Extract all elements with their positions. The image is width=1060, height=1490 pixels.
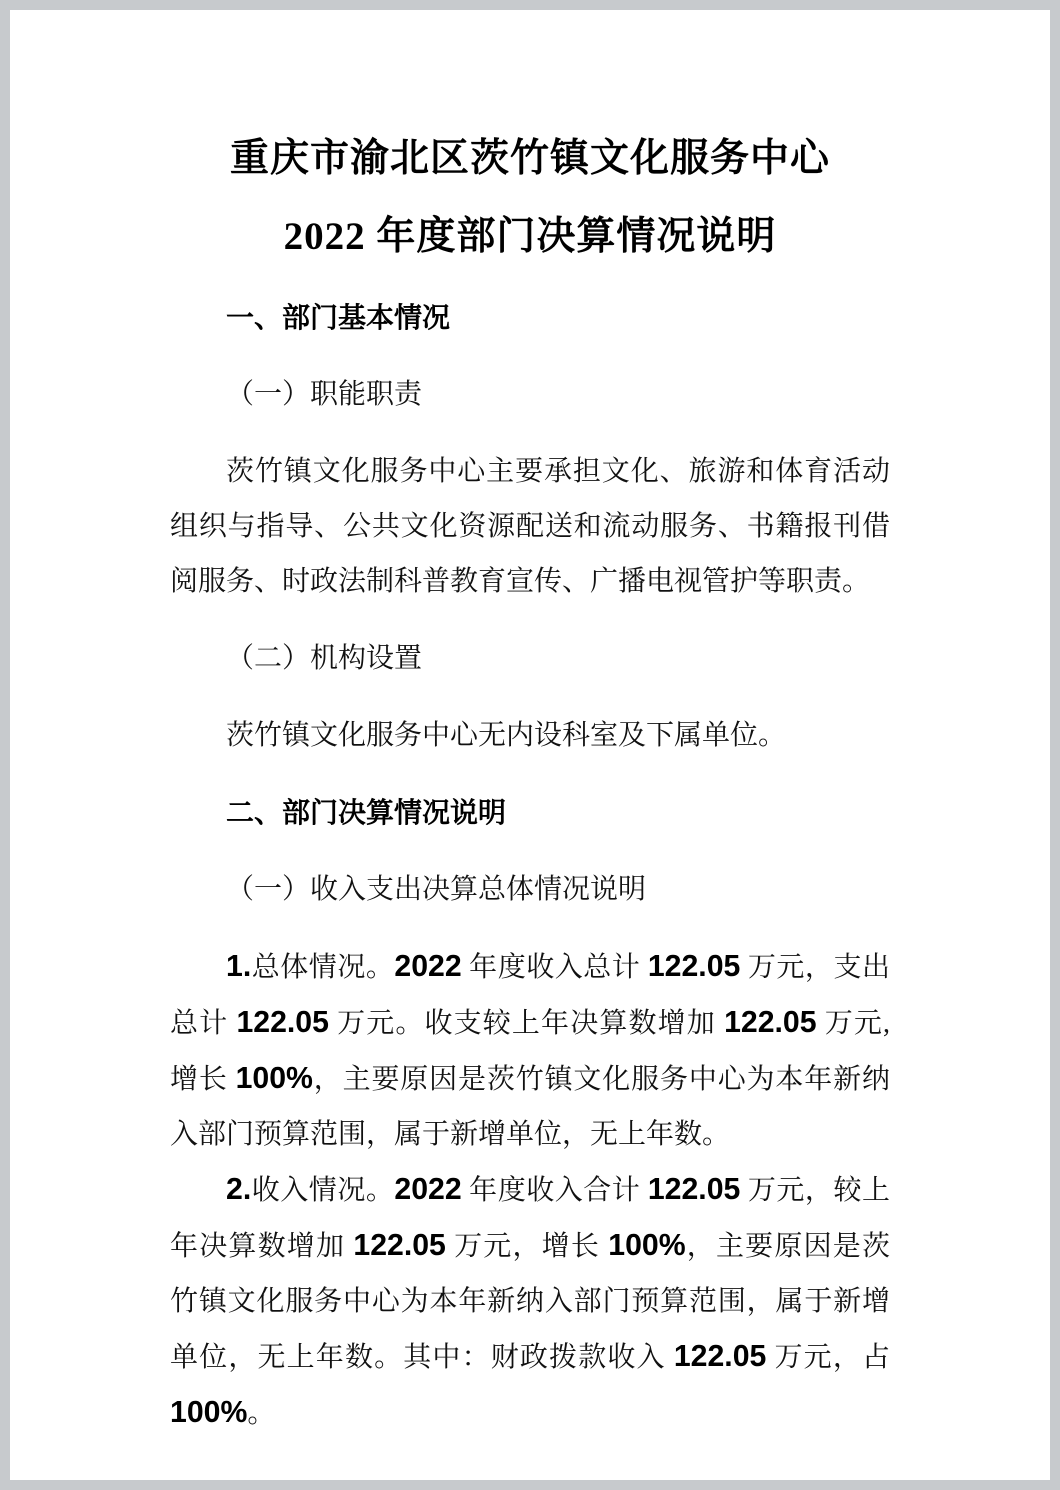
para-income-situation: 2.收入情况。2022 年度收入合计 122.05 万元，较上年决算数增加 12… — [170, 1162, 890, 1441]
numeric-value: 122.05 — [648, 950, 740, 983]
numeric-value: 100% — [236, 1062, 313, 1095]
doc-title-line-2: 2022 年度部门决算情况说明 — [170, 212, 890, 262]
numeric-value: 122.05 — [674, 1340, 766, 1373]
subheading-1-1-duties: （一）职能职责 — [170, 367, 890, 422]
doc-title-line-1: 重庆市渝北区茨竹镇文化服务中心 — [170, 134, 890, 184]
subheading-1-2-organization: （二）机构设置 — [170, 631, 890, 686]
subheading-2-1-overall-statement: （一）收入支出决算总体情况说明 — [170, 862, 890, 917]
para-overall-situation: 1.总体情况。2022 年度收入总计 122.05 万元，支出总计 122.05… — [170, 939, 890, 1162]
numeric-value: 122.05 — [648, 1173, 740, 1206]
heading-section-2-final-accounts: 二、部门决算情况说明 — [170, 785, 890, 840]
numeric-value: 122.05 — [236, 1006, 328, 1039]
numeric-value: 100% — [608, 1229, 685, 1262]
numeric-value: 122.05 — [353, 1229, 445, 1262]
numeric-value: 122.05 — [724, 1006, 816, 1039]
numeric-value: 2022 — [394, 1173, 461, 1206]
numeric-value: 100% — [170, 1396, 247, 1429]
numeric-value: 1. — [226, 950, 251, 983]
para-organization: 茨竹镇文化服务中心无内设科室及下属单位。 — [170, 708, 890, 763]
heading-section-1-basic-info: 一、部门基本情况 — [170, 290, 890, 345]
document-page: 重庆市渝北区茨竹镇文化服务中心 2022 年度部门决算情况说明 一、部门基本情况… — [10, 10, 1050, 1480]
para-duties: 茨竹镇文化服务中心主要承担文化、旅游和体育活动组织与指导、公共文化资源配送和流动… — [170, 444, 890, 609]
numeric-value: 2022 — [394, 950, 461, 983]
numeric-value: 2. — [226, 1173, 251, 1206]
